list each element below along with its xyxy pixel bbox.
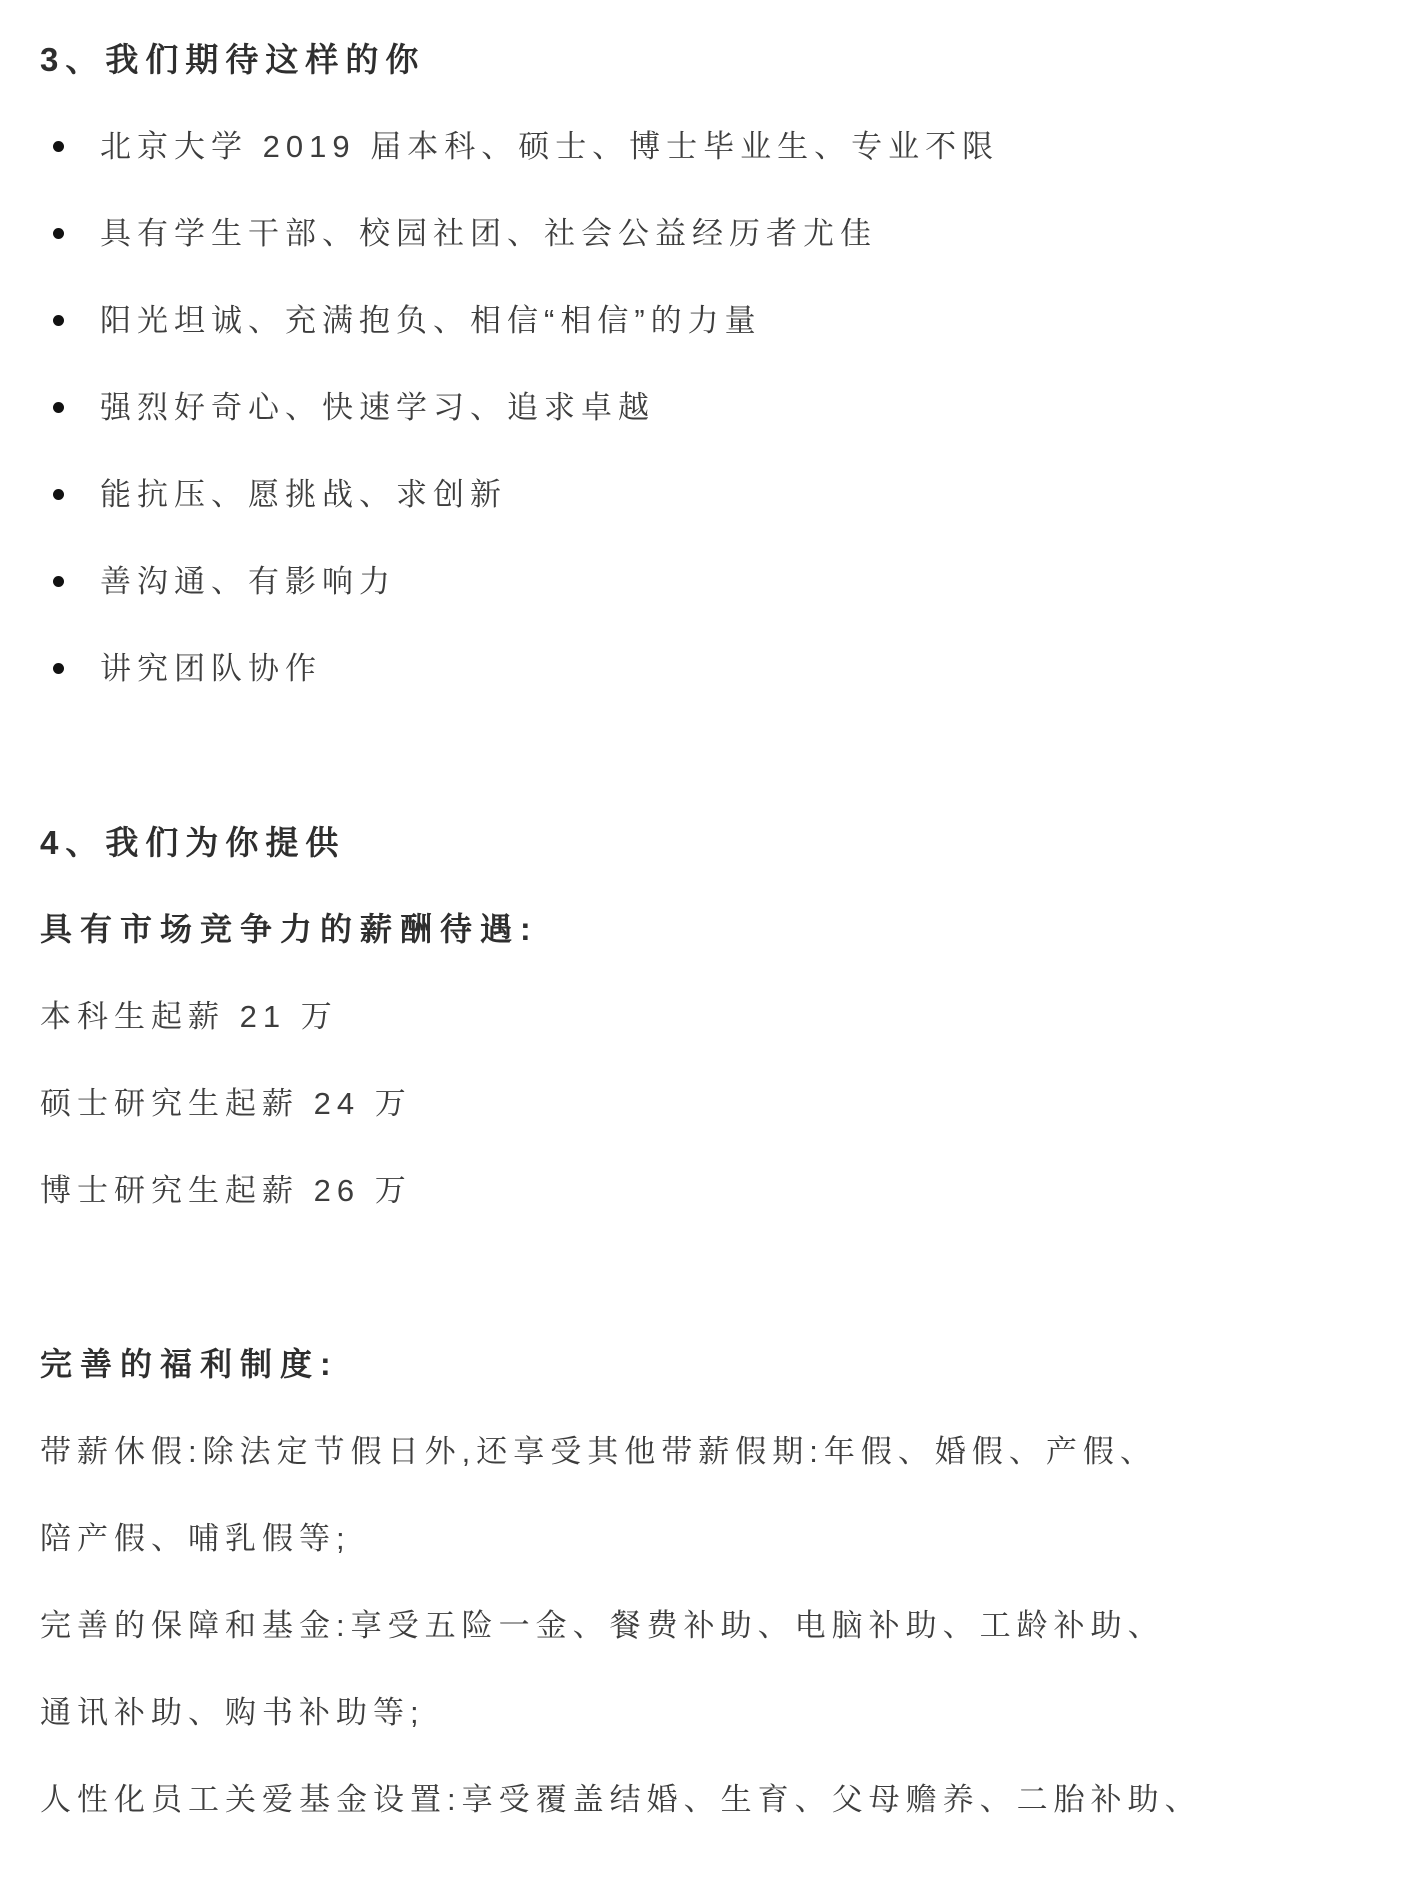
welfare-line: 完善的保障和基金:享受五险一金、餐费补助、电脑补助、工龄补助、 — [40, 1582, 1351, 1669]
section-3-heading: 3、我们期待这样的你 — [40, 16, 1351, 103]
bullet-dot-icon — [53, 576, 64, 587]
bullet-text: 讲究团队协作 — [100, 651, 322, 686]
welfare-line: 通讯补助、购书补助等; — [40, 1669, 1351, 1756]
bullet-dot-icon — [53, 315, 64, 326]
bullet-dot-icon — [53, 489, 64, 500]
bullet-dot-icon — [53, 228, 64, 239]
welfare-line: 带薪休假:除法定节假日外,还享受其他带薪假期:年假、婚假、产假、 — [40, 1408, 1351, 1495]
document-page: 3、我们期待这样的你 北京大学 2019 届本科、硕士、博士毕业生、专业不限 具… — [0, 0, 1411, 1879]
bullet-item: 具有学生干部、校园社团、社会公益经历者尤佳 — [40, 190, 1351, 277]
bullet-item: 讲究团队协作 — [40, 625, 1351, 712]
bullet-item: 北京大学 2019 届本科、硕士、博士毕业生、专业不限 — [40, 103, 1351, 190]
blank-line — [40, 712, 1351, 799]
salary-line: 硕士研究生起薪 24 万 — [40, 1060, 1351, 1147]
bullet-dot-icon — [53, 141, 64, 152]
bullet-item: 能抗压、愿挑战、求创新 — [40, 451, 1351, 538]
bullet-item: 阳光坦诚、充满抱负、相信“相信”的力量 — [40, 277, 1351, 364]
salary-line: 博士研究生起薪 26 万 — [40, 1147, 1351, 1234]
bullet-text: 具有学生干部、校园社团、社会公益经历者尤佳 — [100, 216, 877, 251]
welfare-line: 人性化员工关爱基金设置:享受覆盖结婚、生育、父母赡养、二胎补助、 — [40, 1756, 1351, 1843]
bullet-text: 能抗压、愿挑战、求创新 — [100, 477, 507, 512]
bullet-dot-icon — [53, 402, 64, 413]
bullet-text: 北京大学 2019 届本科、硕士、博士毕业生、专业不限 — [100, 129, 999, 164]
welfare-line: 陪产假、哺乳假等; — [40, 1495, 1351, 1582]
blank-line — [40, 1234, 1351, 1321]
section-4-heading: 4、我们为你提供 — [40, 799, 1351, 886]
bullet-text: 强烈好奇心、快速学习、追求卓越 — [100, 390, 655, 425]
bullet-item: 强烈好奇心、快速学习、追求卓越 — [40, 364, 1351, 451]
bullet-dot-icon — [53, 663, 64, 674]
welfare-heading: 完善的福利制度: — [40, 1321, 1351, 1408]
bullet-text: 善沟通、有影响力 — [100, 564, 396, 599]
salary-heading: 具有市场竞争力的薪酬待遇: — [40, 886, 1351, 973]
salary-line: 本科生起薪 21 万 — [40, 973, 1351, 1060]
bullet-text: 阳光坦诚、充满抱负、相信“相信”的力量 — [100, 303, 762, 338]
bullet-item: 善沟通、有影响力 — [40, 538, 1351, 625]
